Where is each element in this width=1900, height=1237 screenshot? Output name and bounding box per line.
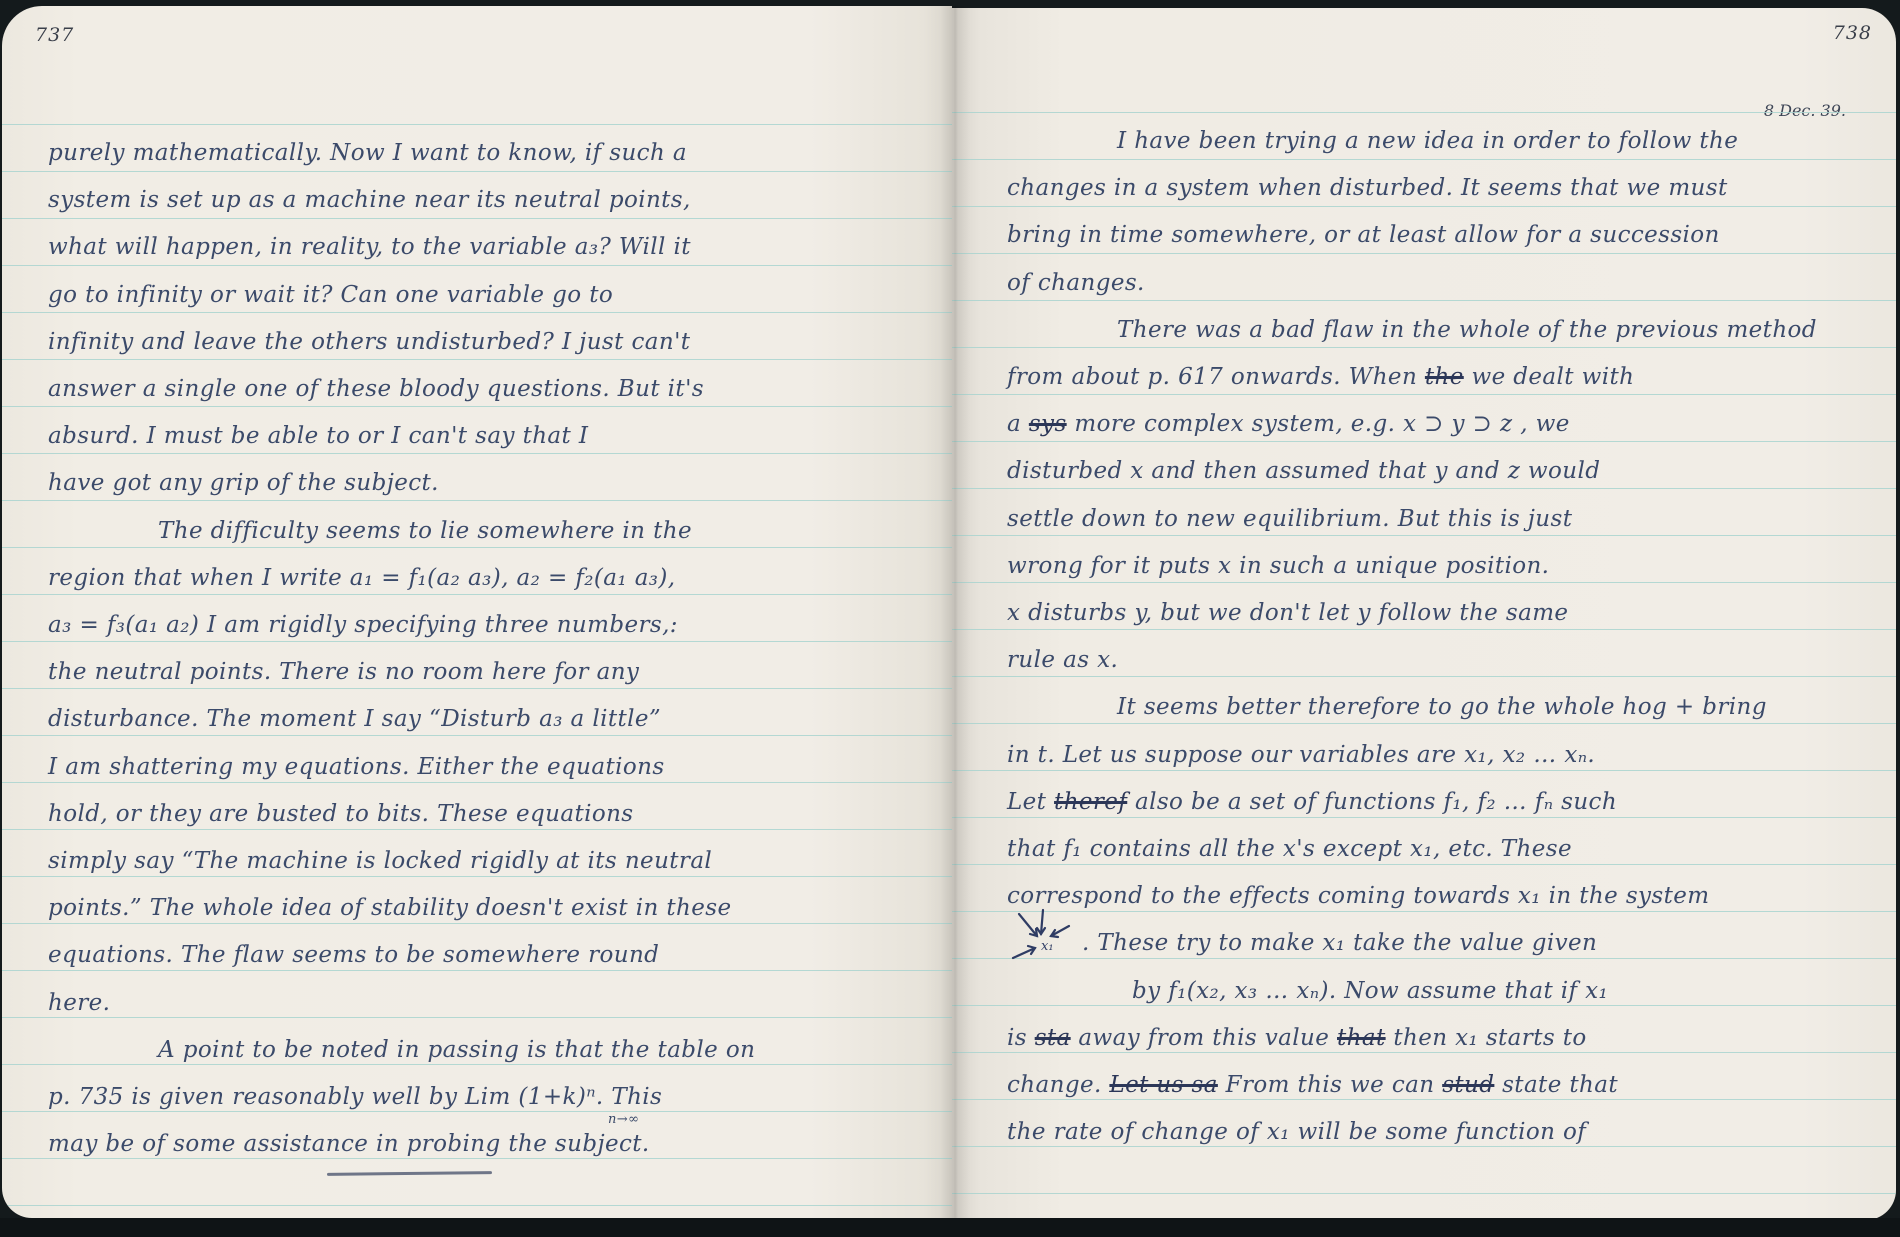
entry-date: 8 Dec. 39. <box>1764 101 1846 120</box>
line-text: I have been trying a new idea in order t… <box>1117 128 1738 154</box>
ruled-line <box>952 770 1896 771</box>
ruled-line <box>952 159 1896 160</box>
page-number-737: 737 <box>35 24 74 46</box>
handwritten-line: x disturbs y, but we don't let y follow … <box>1007 600 1568 626</box>
line-text: From this we can <box>1226 1072 1435 1098</box>
handwritten-line: system is set up as a machine near its n… <box>48 187 691 213</box>
handwritten-line: disturbed x and then assumed that y and … <box>1007 458 1600 484</box>
ruled-line <box>952 911 1896 912</box>
line-text: the rate of change of x₁ will be some fu… <box>1007 1119 1586 1145</box>
handwritten-line: wrong for it puts x in such a unique pos… <box>1007 553 1549 579</box>
handwritten-line: in t. Let us suppose our variables are x… <box>1007 742 1595 768</box>
handwritten-line: hold, or they are busted to bits. These … <box>48 801 634 827</box>
ruled-line <box>2 688 952 689</box>
ruled-line <box>2 829 952 830</box>
ruled-line <box>952 1146 1896 1147</box>
ruled-line <box>952 300 1896 301</box>
ruled-line <box>2 1205 952 1206</box>
ruled-line <box>952 347 1896 348</box>
ruled-line <box>952 629 1896 630</box>
handwritten-line: p. 735 is given reasonably well by Lim (… <box>48 1084 662 1110</box>
struck-word: Let us sa <box>1109 1072 1217 1098</box>
line-text: It seems better therefore to go the whol… <box>1117 694 1767 720</box>
right-page: 738 8 Dec. 39. I have been trying a new … <box>952 8 1896 1220</box>
line-text: we dealt with <box>1471 364 1634 390</box>
ruled-line <box>2 453 952 454</box>
struck-word: the <box>1425 364 1464 390</box>
ruled-line <box>952 817 1896 818</box>
struck-word: stud <box>1442 1072 1494 1098</box>
line-text: more complex system, e.g. x ⊃ y ⊃ z , we <box>1074 411 1569 437</box>
line-text: is <box>1007 1025 1027 1051</box>
handwritten-line: simply say “The machine is locked rigidl… <box>48 848 712 874</box>
handwritten-line: have got any grip of the subject. <box>48 470 439 496</box>
ruled-line <box>2 218 952 219</box>
ruled-line <box>2 594 952 595</box>
ruled-line <box>2 1064 952 1065</box>
ruled-line <box>2 312 952 313</box>
ruled-line <box>2 641 952 642</box>
ruled-line <box>952 394 1896 395</box>
handwritten-line: the rate of change of x₁ will be some fu… <box>1007 1119 1586 1145</box>
struck-word: sys <box>1029 411 1067 437</box>
line-text: settle down to new equilibrium. But this… <box>1007 506 1572 532</box>
ruled-line <box>952 206 1896 207</box>
handwritten-line: by f₁(x₂, x₃ … xₙ). Now assume that if x… <box>1007 978 1608 1004</box>
line-text: away from this value <box>1078 1025 1329 1051</box>
handwritten-line: from about p. 617 onwards. When the we d… <box>1007 364 1634 390</box>
struck-word: that <box>1337 1025 1386 1051</box>
line-text: bring in time somewhere, or at least all… <box>1007 222 1720 248</box>
line-text: from about p. 617 onwards. When <box>1007 364 1417 390</box>
handwritten-line: Let theref also be a set of functions f₁… <box>1007 789 1617 815</box>
handwritten-line: disturbance. The moment I say “Disturb a… <box>48 706 661 732</box>
ruled-line <box>2 500 952 501</box>
ruled-line <box>2 1111 952 1112</box>
line-text: There was a bad flaw in the whole of the… <box>1117 317 1817 343</box>
line-text: x disturbs y, but we don't let y follow … <box>1007 600 1568 626</box>
line-text: correspond to the effects coming towards… <box>1007 883 1710 909</box>
ruled-line <box>2 124 952 125</box>
handwritten-line: a sys more complex system, e.g. x ⊃ y ⊃ … <box>1007 411 1570 437</box>
handwritten-line: changes in a system when disturbed. It s… <box>1007 175 1728 201</box>
handwritten-line: may be of some assistance in probing the… <box>48 1131 650 1157</box>
handwritten-line: bring in time somewhere, or at least all… <box>1007 222 1720 248</box>
handwritten-line: is sta away from this value that then x₁… <box>1007 1025 1587 1051</box>
line-text: then x₁ starts to <box>1393 1025 1586 1051</box>
ruled-line <box>2 923 952 924</box>
handwritten-line: a₃ = f₃(a₁ a₂) I am rigidly specifying t… <box>48 612 678 638</box>
handwritten-line: rule as x. <box>1007 647 1118 673</box>
line-text: Let <box>1007 789 1046 815</box>
handwritten-line: answer a single one of these bloody ques… <box>48 376 704 402</box>
ruled-line <box>952 958 1896 959</box>
left-page: 737 purely mathematically. Now I want to… <box>2 6 952 1218</box>
ruled-line <box>2 547 952 548</box>
ruled-line <box>2 406 952 407</box>
line-text: a <box>1007 411 1021 437</box>
ruled-line <box>952 1005 1896 1006</box>
ruled-line <box>952 253 1896 254</box>
struck-word: sta <box>1035 1025 1071 1051</box>
line-text: disturbed x and then assumed that y and … <box>1007 458 1600 484</box>
limit-subscript: n→∞ <box>608 1112 639 1127</box>
ruled-line <box>2 265 952 266</box>
notebook-spread: 737 purely mathematically. Now I want to… <box>0 0 1900 1226</box>
line-text: . These try to make x₁ take the value gi… <box>1082 930 1597 956</box>
ruled-line <box>952 535 1896 536</box>
handwritten-line: absurd. I must be able to or I can't say… <box>48 423 588 449</box>
ruled-line <box>952 723 1896 724</box>
ruled-line <box>2 735 952 736</box>
handwritten-line: here. <box>48 990 110 1016</box>
ruled-line <box>952 488 1896 489</box>
struck-word: theref <box>1054 789 1127 815</box>
handwritten-line: go to infinity or wait it? Can one varia… <box>48 282 613 308</box>
handwritten-line: equations. The flaw seems to be somewher… <box>48 942 659 968</box>
ruled-line <box>952 1099 1896 1100</box>
ruled-line <box>952 864 1896 865</box>
line-text: also be a set of functions f₁, f₂ … fₙ s… <box>1135 789 1617 815</box>
handwritten-line: . These try to make x₁ take the value gi… <box>1007 930 1597 956</box>
svg-text:x₁: x₁ <box>1041 939 1054 954</box>
handwritten-line: points.” The whole idea of stability doe… <box>48 895 731 921</box>
line-text: changes in a system when disturbed. It s… <box>1007 175 1728 201</box>
line-text: state that <box>1502 1072 1618 1098</box>
handwritten-line: settle down to new equilibrium. But this… <box>1007 506 1572 532</box>
ruled-line <box>952 582 1896 583</box>
line-text: in t. Let us suppose our variables are x… <box>1007 742 1595 768</box>
line-text: of changes. <box>1007 270 1145 296</box>
line-text: change. <box>1007 1072 1102 1098</box>
arrows-into-x1-diagram-icon: x₁ <box>1007 906 1077 961</box>
handwritten-line: correspond to the effects coming towards… <box>1007 883 1710 909</box>
ruled-line <box>2 1158 952 1159</box>
ruled-line <box>2 171 952 172</box>
handwritten-line: change. Let us sa From this we can stud … <box>1007 1072 1618 1098</box>
ruled-line <box>2 876 952 877</box>
handwritten-line: region that when I write a₁ = f₁(a₂ a₃),… <box>48 565 676 591</box>
line-text: wrong for it puts x in such a unique pos… <box>1007 553 1549 579</box>
handwritten-line: that f₁ contains all the x's except x₁, … <box>1007 836 1572 862</box>
line-text: rule as x. <box>1007 647 1118 673</box>
handwritten-line: The difficulty seems to lie somewhere in… <box>48 518 692 544</box>
ruled-line <box>2 359 952 360</box>
handwritten-line: I have been trying a new idea in order t… <box>1007 128 1738 154</box>
ruled-line <box>952 676 1896 677</box>
handwritten-line: what will happen, in reality, to the var… <box>48 234 691 260</box>
handwritten-line: I am shattering my equations. Either the… <box>48 754 665 780</box>
ruled-line <box>2 782 952 783</box>
handwritten-line: A point to be noted in passing is that t… <box>48 1037 755 1063</box>
book-bottom-edge <box>0 1218 1900 1237</box>
ruled-line <box>952 1193 1896 1194</box>
ruled-line <box>2 970 952 971</box>
handwritten-line: the neutral points. There is no room her… <box>48 659 639 685</box>
ruled-line <box>952 441 1896 442</box>
line-text: by f₁(x₂, x₃ … xₙ). Now assume that if x… <box>1132 978 1608 1004</box>
ruled-line <box>952 1052 1896 1053</box>
line-text: that f₁ contains all the x's except x₁, … <box>1007 836 1572 862</box>
end-flourish <box>327 1171 492 1176</box>
handwritten-line: purely mathematically. Now I want to kno… <box>48 140 687 166</box>
ruled-line <box>2 1017 952 1018</box>
page-number-738: 738 <box>1833 22 1872 44</box>
handwritten-line: There was a bad flaw in the whole of the… <box>1007 317 1817 343</box>
handwritten-line: infinity and leave the others undisturbe… <box>48 329 690 355</box>
handwritten-line: It seems better therefore to go the whol… <box>1007 694 1767 720</box>
ruled-line <box>952 112 1896 113</box>
handwritten-line: of changes. <box>1007 270 1145 296</box>
